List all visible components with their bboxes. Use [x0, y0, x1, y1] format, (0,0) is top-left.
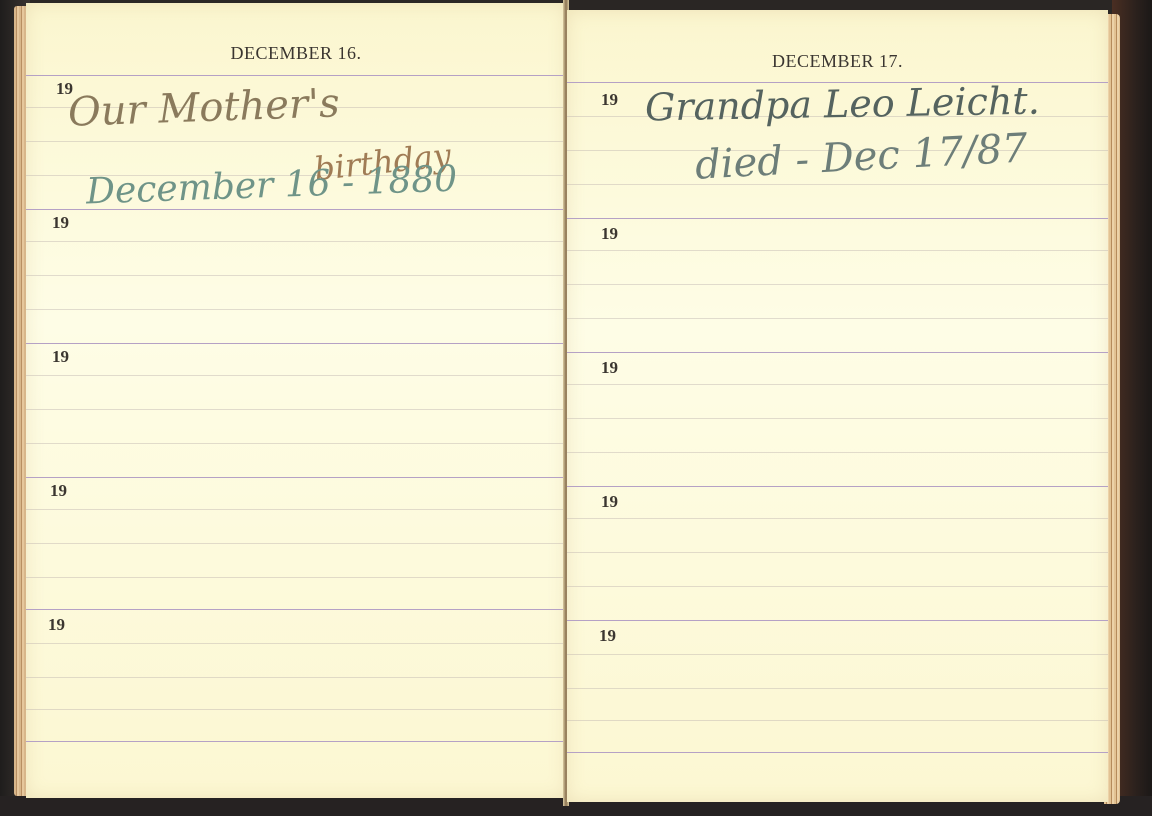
- ruled-line: [567, 452, 1108, 453]
- ruled-line: [26, 709, 566, 710]
- ruled-line: [26, 141, 566, 142]
- year-prefix: 19: [601, 358, 618, 378]
- ruled-line: [26, 677, 566, 678]
- ruled-line: [567, 250, 1108, 251]
- ruled-line: [26, 509, 566, 510]
- ruled-line: [26, 309, 566, 310]
- ruled-line: [567, 654, 1108, 655]
- ruled-line: [26, 543, 566, 544]
- section-divider: [567, 486, 1108, 487]
- section-divider: [26, 477, 566, 478]
- right-page: DECEMBER 17. 19 19 19 19 19 Grandpa Leo …: [567, 10, 1108, 802]
- ruled-line: [567, 518, 1108, 519]
- year-prefix: 19: [52, 347, 69, 367]
- ruled-line: [26, 643, 566, 644]
- year-prefix: 19: [601, 492, 618, 512]
- handwritten-note-line1: Grandpa Leo Leicht.: [645, 79, 1040, 130]
- ruled-line: [26, 241, 566, 242]
- section-divider: [567, 352, 1108, 353]
- year-prefix: 19: [50, 481, 67, 501]
- ruled-line: [26, 577, 566, 578]
- left-page-header: DECEMBER 16.: [26, 43, 566, 64]
- section-divider: [567, 752, 1108, 753]
- ruled-line: [567, 720, 1108, 721]
- ruled-line: [567, 284, 1108, 285]
- ruled-line: [26, 409, 566, 410]
- year-prefix: 19: [601, 224, 618, 244]
- handwritten-note-line2: December 16 - 1880: [85, 159, 457, 213]
- section-divider: [567, 620, 1108, 621]
- ruled-line: [567, 586, 1108, 587]
- ruled-line: [567, 688, 1108, 689]
- handwritten-note-line1: Our Mother's: [67, 80, 340, 135]
- ruled-line: [567, 318, 1108, 319]
- section-divider: [26, 741, 566, 742]
- ruled-line: [26, 443, 566, 444]
- section-divider: [26, 343, 566, 344]
- section-divider: [26, 609, 566, 610]
- ruled-line: [567, 184, 1108, 185]
- ruled-line: [567, 418, 1108, 419]
- left-page: DECEMBER 16. 19 19 19 19 19 Our Mother's…: [26, 3, 567, 798]
- year-prefix: 19: [52, 213, 69, 233]
- section-divider: [26, 75, 566, 76]
- year-prefix: 19: [599, 626, 616, 646]
- ruled-line: [567, 552, 1108, 553]
- ruled-line: [567, 384, 1108, 385]
- ruled-line: [26, 275, 566, 276]
- handwritten-note-line2: died - Dec 17/87: [694, 125, 1029, 188]
- right-page-header: DECEMBER 17.: [567, 51, 1108, 72]
- year-prefix: 19: [48, 615, 65, 635]
- year-prefix: 19: [601, 90, 618, 110]
- ruled-line: [26, 375, 566, 376]
- section-divider: [567, 218, 1108, 219]
